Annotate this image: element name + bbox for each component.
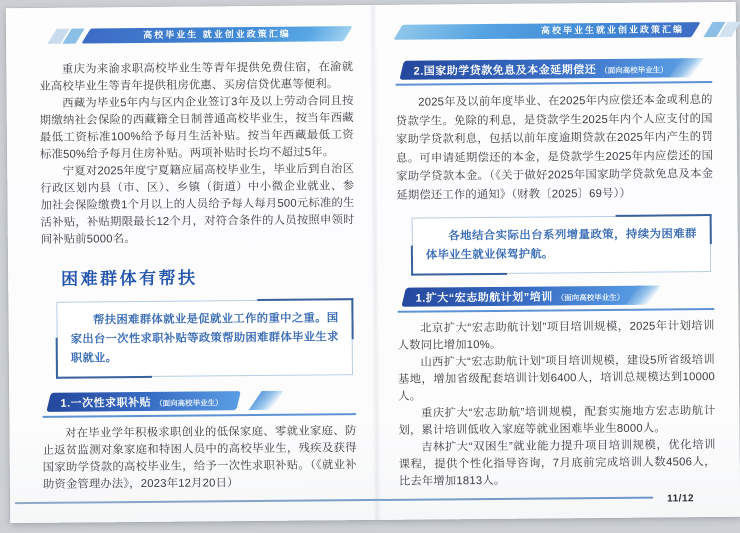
paragraph-chongqing: 重庆为来渝求职高校毕业生等青年提供免费住宿，在渝就业高校毕业生等青年提供租房优惠… (39, 59, 353, 96)
paragraph-job-subsidy-detail: 对在毕业学年积极求职创业的低保家庭、零就业家庭、防止返贫监测对象家庭和特困人员中… (42, 423, 357, 494)
page-fold-seam (369, 5, 381, 520)
paragraph-xizang: 西藏为毕业5年内与区内企业签订3年及以上劳动合同且按期缴纳社会保险的西藏籍全日制… (40, 93, 355, 164)
policy-banner-loan: 2.国家助学贷款免息及本金延期偿还 （面向高校毕业生） (399, 58, 686, 80)
left-page-column: 重庆为来渝求职高校毕业生等青年提供免费住宿，在渝就业高校毕业生等青年提供租房优惠… (39, 59, 357, 494)
policy-banner-audience: （面向高校毕业生） (600, 64, 668, 76)
document-spread: 高校毕业生 就业创业政策汇编 重庆为来渝求职高校毕业生等青年提供免费住宿，在渝就… (6, 2, 740, 523)
policy-banner-job-subsidy: 1.一次性求职补贴 （面向高校毕业生） (46, 391, 241, 412)
page-number: 11/12 (667, 493, 694, 504)
paragraph-training-chongqing: 重庆扩大“宏志助航”培训规模，配套实施地方宏志助航计划，累计培训低收入家庭等就业… (398, 403, 715, 440)
policy-banner-underline (42, 413, 356, 418)
box-corner-accent (411, 245, 507, 276)
paragraph-training-beijing: 北京扩大“宏志助航计划”项目培训规模，2025年计划培训人数同比增加10%。 (398, 318, 715, 355)
paragraph-training-shanxi: 山西扩大“宏志助航计划”项目培训规模，建设5所省级培训基地，增加省级配套培训计划… (398, 352, 715, 406)
highlight-box-right: 各地结合实际出台系列增量政策，持续为困难群体毕业生就业保驾护航。 (412, 215, 711, 275)
highlight-box-left: 帮扶困难群体就业是促就业工作的重中之重。国家出台一次性求职补贴等政策帮助困难群体… (56, 299, 353, 378)
paragraph-loan-detail: 2025年及以前年度毕业、在2025年内应偿还本金或利息的贷款学生。免除的利息，… (396, 91, 714, 205)
policy-banner-row: 1.扩大“宏志助航计划”培训 （面向高校毕业生） (397, 285, 714, 307)
policy-banner-underline (395, 81, 712, 86)
paragraph-ningxia: 宁夏对2025年度宁夏籍应届高校毕业生，毕业后到自治区行政区划内县（市、区）、乡… (40, 161, 355, 249)
policy-banner-audience: （面向高校毕业生） (155, 397, 223, 409)
box-corner-accent (56, 337, 152, 379)
policy-banner-training: 1.扩大“宏志助航计划”培训 （面向高校毕业生） (401, 286, 642, 307)
policy-banner-audience: （面向高校毕业生） (557, 291, 625, 303)
banner-swoosh-icon (249, 391, 284, 410)
footer-rule (15, 497, 653, 505)
paragraph-training-jilin: 吉林扩大“双困生”就业能力提升项目培训规模，优化培训课程，提供个性化指导咨询，7… (399, 437, 716, 491)
right-page-column: 2.国家助学贷款免息及本金延期偿还 （面向高校毕业生） 2025年及以前年度毕业… (395, 58, 716, 491)
right-header-title: 高校毕业生就业创业政策汇编 (404, 22, 684, 39)
policy-banner-row: 1.一次性求职补贴 （面向高校毕业生） (42, 390, 356, 412)
left-header-ribbon: 高校毕业生 就业创业政策汇编 (52, 26, 352, 44)
right-header-ribbon: 高校毕业生就业创业政策汇编 (394, 22, 736, 40)
box-corner-accent (257, 298, 353, 340)
policy-banner-underline (397, 308, 714, 313)
section-heading-difficult-groups: 困难群体有帮扶 (61, 262, 355, 290)
box-corner-accent (616, 214, 712, 245)
policy-banner-row: 2.国家助学贷款免息及本金延期偿还 （面向高校毕业生） (395, 58, 712, 80)
policy-banner-title: 2.国家助学贷款免息及本金延期偿还 (414, 61, 597, 79)
left-header-title: 高校毕业生 就业创业政策汇编 (92, 26, 342, 43)
policy-banner-title: 1.一次性求职补贴 (61, 393, 152, 410)
policy-banner-title: 1.扩大“宏志助航计划”培训 (416, 288, 553, 305)
